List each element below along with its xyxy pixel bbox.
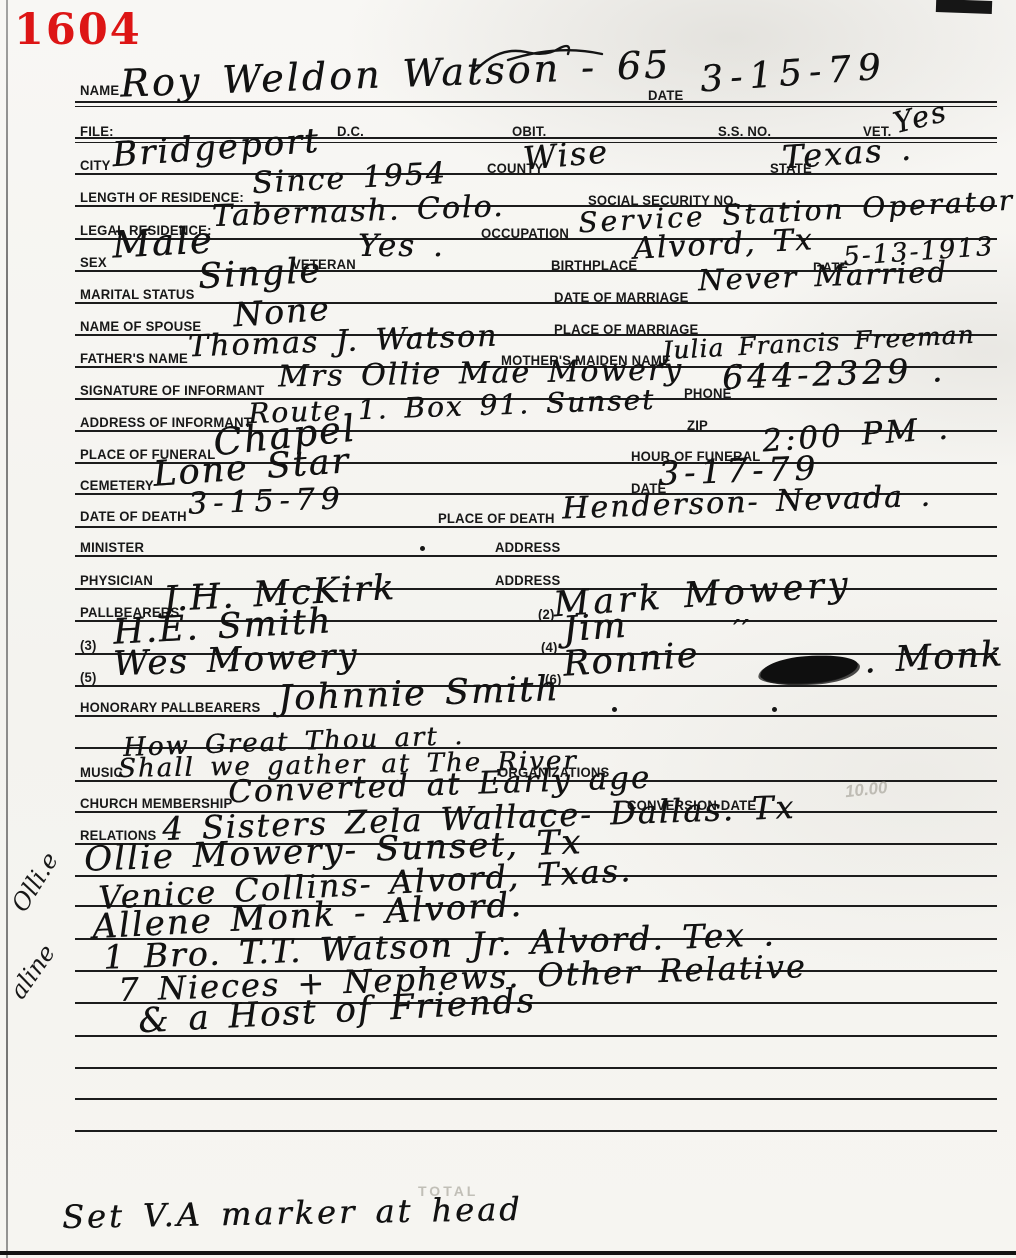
margin-note-aline: aline	[4, 939, 61, 1004]
scan-edge-line	[6, 0, 8, 1258]
field-value-honorary-pallbearers: Johnnie Smith	[277, 672, 560, 717]
rule-line	[75, 106, 997, 107]
rule-line	[75, 302, 997, 304]
field-value-pallbearer-5: Wes Mowery	[112, 639, 359, 682]
field-label-date-of-death: DATE OF DEATH	[80, 509, 187, 524]
rule-line	[75, 1130, 997, 1132]
field-value-date: 3-15-79	[699, 49, 889, 98]
field-label-physician-address: ADDRESS	[495, 573, 560, 588]
field-label-honorary-pallbearers: HONORARY PALLBEARERS	[80, 700, 260, 715]
field-label-minister-address: ADDRESS	[495, 540, 560, 555]
field-label-name-of-spouse: NAME OF SPOUSE	[80, 319, 201, 334]
field-label-pallbearer-4: (4)	[541, 640, 558, 655]
field-label-pallbearer-5: (5)	[80, 670, 97, 685]
field-value-name: Roy Weldon Watson - 65	[120, 45, 672, 102]
field-value-phone: 644-2329 .	[721, 353, 946, 394]
corner-ink-mark	[936, 0, 992, 14]
field-label-sex: SEX	[80, 255, 107, 270]
field-label-fathers-name: FATHER'S NAME	[80, 351, 188, 366]
field-label-signature-of-informant: SIGNATURE OF INFORMANT	[80, 383, 264, 398]
scanned-funeral-record-page: 1604 NAME Roy Weldon Watson - 65 DATE 3-…	[0, 0, 1016, 1258]
field-label-dc: D.C.	[337, 124, 364, 139]
field-value-state: Texas .	[781, 132, 914, 173]
ghost-text-amount: 10.00	[844, 778, 888, 802]
red-index-stamp: 1604	[14, 5, 142, 55]
field-label-zip: ZIP	[687, 418, 708, 433]
field-label-city: CITY	[80, 158, 111, 173]
field-value-date-of-death: 3-15-79	[188, 484, 347, 519]
field-value-place-of-death: Henderson- Nevada .	[562, 482, 933, 525]
scribbled-out-word	[759, 653, 859, 687]
field-label-name: NAME	[80, 83, 119, 98]
field-label-minister: MINISTER	[80, 540, 144, 555]
field-label-physician: PHYSICIAN	[80, 573, 153, 588]
field-label-pallbearer-3: (3)	[80, 638, 97, 653]
rule-line	[75, 555, 997, 557]
field-label-date: DATE	[648, 88, 683, 103]
ink-dot	[420, 546, 425, 551]
field-value-legal-residence: Tabernash. Colo.	[212, 192, 505, 232]
field-label-date-of-marriage: DATE OF MARRIAGE	[554, 290, 689, 305]
rule-line	[75, 1067, 997, 1069]
field-value-pallbearer-6: Ronnie	[562, 638, 701, 682]
field-label-cemetery: CEMETERY	[80, 478, 154, 493]
field-value-veteran: Yes .	[358, 231, 445, 262]
field-label-music: MUSIC	[80, 765, 123, 780]
field-value-date-of-marriage: Never Married	[698, 258, 949, 296]
field-label-pallbearer-2: (2)	[538, 607, 555, 622]
rule-line	[75, 526, 997, 528]
page-bottom-border	[0, 1251, 1016, 1255]
field-label-birthplace: BIRTHPLACE	[551, 258, 637, 273]
field-label-occupation: OCCUPATION	[481, 226, 569, 241]
ditto-marks: ′′	[733, 617, 751, 647]
field-label-ssno: S.S. NO.	[718, 124, 771, 139]
field-value-marital-status: Single	[197, 254, 323, 295]
field-label-place-of-death: PLACE OF DEATH	[438, 511, 555, 526]
ink-dot	[612, 707, 617, 712]
field-value-pallbearer-6-after: . Monk	[863, 637, 1005, 679]
rule-line	[75, 715, 997, 717]
bottom-handwritten-note: Set V.A marker at head	[62, 1193, 523, 1233]
field-label-marital-status: MARITAL STATUS	[80, 287, 195, 302]
field-value-county: Wise	[522, 135, 610, 174]
field-value-birthplace: Alvord, Tx	[632, 225, 814, 264]
field-label-obit: OBIT.	[512, 124, 546, 139]
margin-note-ollie: Olli.e	[6, 847, 64, 917]
rule-line	[75, 1098, 997, 1100]
ink-dot	[772, 707, 777, 712]
field-label-file: FILE:	[80, 124, 114, 139]
